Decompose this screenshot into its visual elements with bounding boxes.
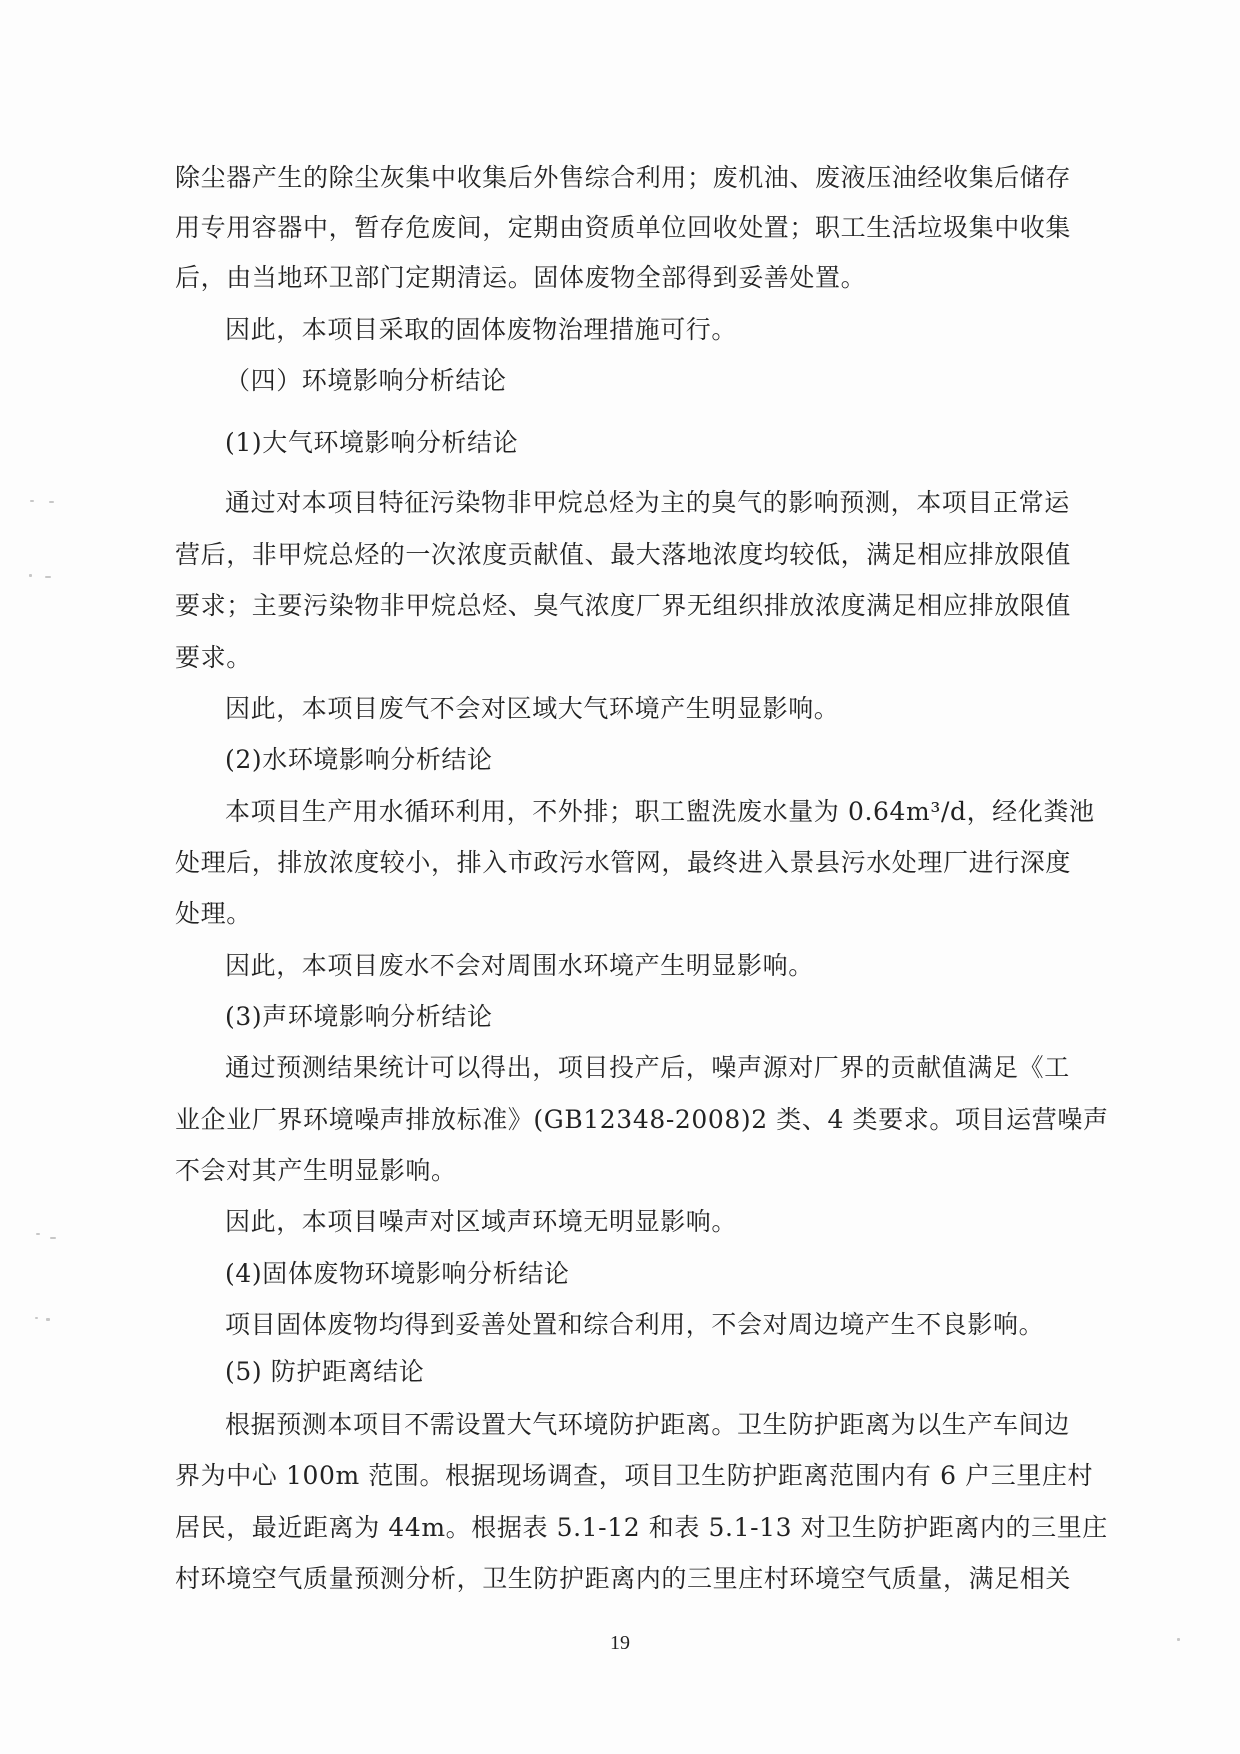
paragraph-line: 通过预测结果统计可以得出，项目投产后，噪声源对厂界的贡献值满足《工 bbox=[225, 1053, 1043, 1083]
paragraph-line: 用专用容器中，暂存危废间，定期由资质单位回收处置；职工生活垃圾集中收集 bbox=[175, 213, 1043, 243]
paragraph-line: 村环境空气质量预测分析，卫生防护距离内的三里庄村环境空气质量，满足相关 bbox=[175, 1564, 1043, 1594]
scan-speck bbox=[49, 501, 54, 503]
paragraph-line: 要求。 bbox=[175, 643, 1045, 673]
scan-speck bbox=[30, 500, 34, 502]
document-page: 除尘器产生的除尘灰集中收集后外售综合利用；废机油、废液压油经收集后储存 用专用容… bbox=[0, 0, 1240, 1754]
paragraph-line: 因此，本项目废气不会对区域大气环境产生明显影响。 bbox=[225, 694, 1095, 724]
paragraph-line: 本项目生产用水循环利用，不外排；职工盥洗废水量为 0.64m³/d，经化粪池 bbox=[225, 797, 1043, 827]
paragraph-line: 不会对其产生明显影响。 bbox=[175, 1156, 1045, 1186]
paragraph-line: 除尘器产生的除尘灰集中收集后外售综合利用；废机油、废液压油经收集后储存 bbox=[175, 163, 1043, 193]
paragraph-line: 项目固体废物均得到妥善处置和综合利用，不会对周边境产生不良影响。 bbox=[225, 1310, 1095, 1340]
subsection-heading-protection-distance: (5) 防护距离结论 bbox=[225, 1357, 1095, 1387]
paragraph-line: 业企业厂界环境噪声排放标准》(GB12348-2008)2 类、4 类要求。项目… bbox=[175, 1105, 1043, 1135]
paragraph-line: 后，由当地环卫部门定期清运。固体废物全部得到妥善处置。 bbox=[175, 263, 1045, 293]
paragraph-line: 通过对本项目特征污染物非甲烷总烃为主的臭气的影响预测，本项目正常运 bbox=[225, 488, 1043, 518]
subsection-heading-air: (1)大气环境影响分析结论 bbox=[225, 428, 1095, 458]
subsection-heading-solid-waste: (4)固体废物环境影响分析结论 bbox=[225, 1259, 1095, 1289]
paragraph-line: 处理后，排放浓度较小，排入市政污水管网，最终进入景县污水处理厂进行深度 bbox=[175, 848, 1043, 878]
scan-speck bbox=[36, 1233, 40, 1235]
page-number: 19 bbox=[0, 1632, 1240, 1655]
paragraph-line: 根据预测本项目不需设置大气环境防护距离。卫生防护距离为以生产车间边 bbox=[225, 1410, 1043, 1440]
paragraph-line: 因此，本项目废水不会对周围水环境产生明显影响。 bbox=[225, 951, 1095, 981]
paragraph-line: 因此，本项目噪声对区域声环境无明显影响。 bbox=[225, 1207, 1095, 1237]
paragraph-line: 处理。 bbox=[175, 899, 1045, 929]
scan-speck bbox=[46, 1318, 50, 1321]
scan-speck bbox=[29, 574, 32, 577]
scan-speck bbox=[35, 1317, 38, 1319]
section-heading: （四）环境影响分析结论 bbox=[225, 366, 1095, 396]
scan-speck bbox=[50, 1237, 56, 1239]
scan-speck bbox=[1177, 1638, 1180, 1641]
paragraph-line: 界为中心 100m 范围。根据现场调查，项目卫生防护距离范围内有 6 户三里庄村 bbox=[175, 1461, 1043, 1491]
paragraph-line: 要求；主要污染物非甲烷总烃、臭气浓度厂界无组织排放浓度满足相应排放限值 bbox=[175, 591, 1043, 621]
subsection-heading-water: (2)水环境影响分析结论 bbox=[225, 745, 1095, 775]
scan-speck bbox=[45, 576, 51, 578]
paragraph-line: 因此，本项目采取的固体废物治理措施可行。 bbox=[225, 315, 1095, 345]
paragraph-line: 营后，非甲烷总烃的一次浓度贡献值、最大落地浓度均较低，满足相应排放限值 bbox=[175, 540, 1043, 570]
paragraph-line: 居民，最近距离为 44m。根据表 5.1-12 和表 5.1-13 对卫生防护距… bbox=[175, 1513, 1043, 1543]
subsection-heading-noise: (3)声环境影响分析结论 bbox=[225, 1002, 1095, 1032]
